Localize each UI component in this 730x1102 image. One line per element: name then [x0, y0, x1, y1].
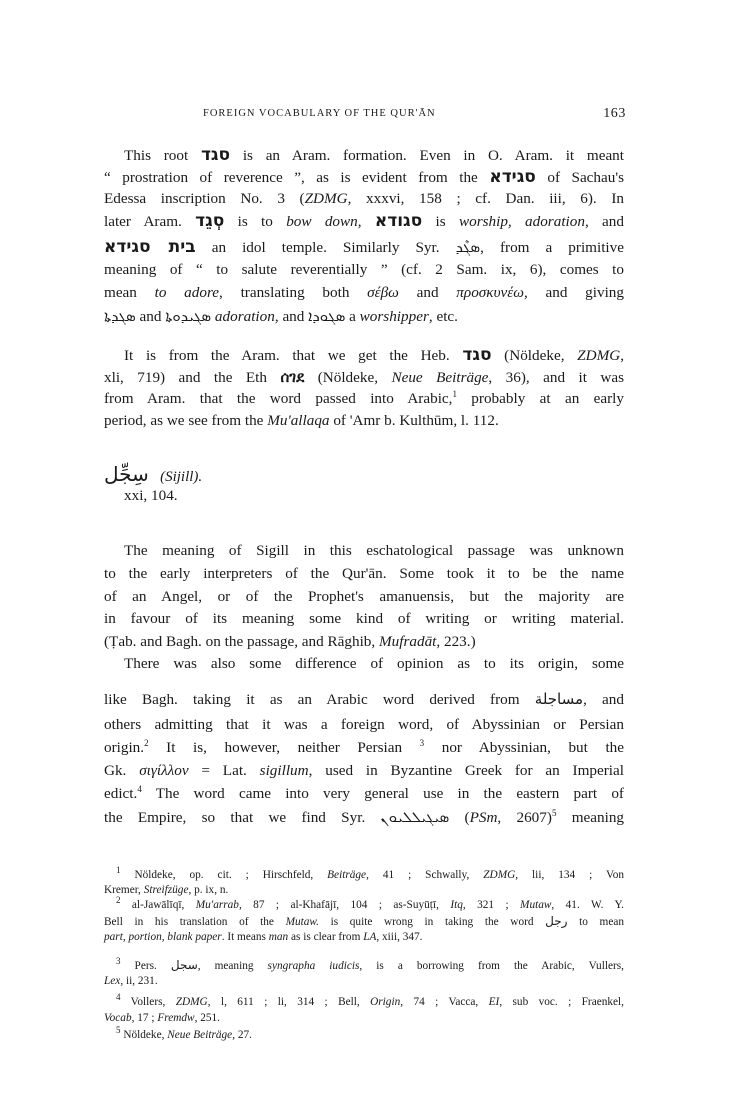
text: (Ṭab. and Bagh. on the passage, and Rāgh… [104, 633, 379, 650]
footnote-2-cont: Bell in his translation of the Mutaw. is… [104, 914, 624, 929]
hebrew-word: סגודא [375, 211, 422, 231]
text: , 223.) [436, 633, 475, 650]
text: like Bagh. taking it as an Arabic word d… [104, 691, 535, 708]
text: from Aram. that the word passed into Ara… [104, 390, 452, 407]
text: Gk. [104, 762, 139, 779]
citation-abbrev: Itq [450, 899, 463, 911]
text: a [345, 308, 359, 325]
body-line: origin.2 It is, however, neither Persian… [104, 739, 624, 757]
hebrew-word: סגידא [489, 167, 536, 187]
text: This root [124, 147, 201, 164]
citation-title: Vocab [104, 1012, 132, 1024]
text: of 'Amr b. Kulthūm, l. 112. [330, 412, 499, 429]
text: , xiii, 347. [376, 931, 422, 943]
text: and [136, 308, 166, 325]
ethiopic-word: ሰገደ [280, 368, 304, 386]
body-line: period, as we see from the Mu'allaqa of … [104, 412, 624, 430]
syriac-word: ܣܓܝܕܘܬܐ [165, 307, 211, 325]
citation-abbrev: EI [489, 996, 500, 1008]
text: later Aram. [104, 213, 195, 230]
text: , p. ix, n. [188, 884, 228, 896]
footnote-1-cont: Kremer, Streifzüge, p. ix, n. [104, 883, 624, 897]
text: , translating both [219, 284, 367, 301]
body-line: This root סגד is an Aram. formation. Eve… [124, 146, 624, 165]
citation-title: Mutaw [520, 899, 551, 911]
body-line: later Aram. סְגֵד is to bow down, סגודא … [104, 212, 624, 231]
text: is quite wrong in taking the word [319, 916, 545, 928]
arabic-word: رجل [545, 914, 567, 928]
hebrew-phrase: בית סגידא [104, 237, 196, 257]
text: the Empire, so that we find Syr. [104, 809, 381, 826]
text: xli, 719) and the Eth [104, 369, 280, 386]
hebrew-word: סגד [462, 345, 491, 365]
text: , and giving [524, 284, 624, 301]
hebrew-word: סְגֵד [195, 211, 224, 231]
text: is an Aram. formation. Even in O. Aram. … [230, 147, 624, 164]
quran-reference: xxi, 104. [124, 487, 178, 505]
text: as is clear from [288, 931, 363, 943]
text: nor Abyssinian, but the [424, 739, 624, 756]
book-page: FOREIGN VOCABULARY OF THE QUR'ĀN 163 Thi… [0, 0, 730, 1102]
text: (Nöldeke, [492, 347, 578, 364]
citation-abbrev: LA [363, 931, 376, 943]
text: , [620, 347, 624, 364]
citation-abbrev: ZDMG [305, 190, 348, 207]
footnote-3-cont: Lex, ii, 231. [104, 974, 624, 988]
text: , used in Byzantine Greek for an Imperia… [309, 762, 624, 779]
body-line: in favour of its meaning some kind of wr… [104, 610, 624, 628]
text: , 321 ; [463, 899, 520, 911]
hebrew-word: סגד [201, 145, 230, 165]
arabic-word: سجل [171, 958, 198, 972]
footnote-4-cont: Vocab, 17 ; Fremdw, 251. [104, 1011, 624, 1025]
text: , 27. [232, 1029, 252, 1041]
text: , 87 ; al-Khafājī, 104 ; as-Suyūṭī, [239, 899, 450, 911]
text: (Nöldeke, [304, 369, 391, 386]
text: , 17 ; [132, 1012, 158, 1024]
text: , 251. [195, 1012, 220, 1024]
text: an idol temple. Similarly Syr. [196, 239, 456, 256]
body-line: It is from the Aram. that we get the Heb… [124, 346, 624, 365]
gloss: man [269, 931, 288, 943]
gloss: worship, adoration [459, 213, 585, 230]
text: is [422, 213, 459, 230]
text: and [399, 284, 456, 301]
syriac-word: ܣܓܘܕܐ [308, 307, 345, 325]
text: , and [275, 308, 308, 325]
arabic-word: مساجلة [535, 690, 583, 708]
text: , 74 ; Vacca, [400, 996, 488, 1008]
text: meaning of “ to salute reverentially ” (… [104, 261, 624, 278]
text: , ii, 231. [120, 975, 157, 987]
body-line: There was also some difference of opinio… [124, 655, 624, 673]
citation-title: Beiträge [327, 869, 366, 881]
text: , 2607) [497, 809, 552, 826]
text: of Sachau's [536, 169, 624, 186]
text: . It means [222, 931, 269, 943]
body-line: בית סגידא an idol temple. Similarly Syr.… [104, 238, 624, 257]
citation-title: Neue Beiträge [167, 1029, 232, 1041]
text: mean [104, 284, 155, 301]
gloss: to adore [155, 284, 219, 301]
latin-word: sigillum [260, 762, 309, 779]
text: , and [585, 213, 624, 230]
syriac-word: ܣܓܕܬܐ [104, 307, 136, 325]
running-header: FOREIGN VOCABULARY OF THE QUR'ĀN 163 [203, 106, 626, 126]
citation-abbrev: ZDMG [577, 347, 620, 364]
text: origin. [104, 739, 144, 756]
text: , and [583, 691, 624, 708]
footnote-2: 2 al-Jawālīqī, Mu'arrab, 87 ; al-Khafājī… [116, 898, 624, 912]
text: , l, 611 ; li, 314 ; Bell, [208, 996, 370, 1008]
text: , 41 ; Schwally, [366, 869, 483, 881]
text: , from a primitive [480, 239, 624, 256]
text: = Lat. [189, 762, 260, 779]
citation-title: Fremdw [157, 1012, 194, 1024]
text: It is from the Aram. that we get the Heb… [124, 347, 462, 364]
body-line: ܣܓܕܬܐ and ܣܓܝܕܘܬܐ adoration, and ܣܓܘܕܐ a… [104, 307, 624, 326]
text: of an Angel, or of the Prophet's amanuen… [104, 588, 624, 605]
text: Edessa inscription No. 3 ( [104, 190, 305, 207]
text: , is a borrowing from the Arabic, Vuller… [359, 960, 624, 972]
text: The meaning of Sigill in this eschatolog… [124, 542, 624, 559]
gloss: part, portion, blank paper [104, 931, 222, 943]
body-line: The meaning of Sigill in this eschatolog… [124, 542, 624, 560]
text: is to [224, 213, 286, 230]
body-line: meaning of “ to salute reverentially ” (… [104, 261, 624, 279]
footnote-1: 1 Nöldeke, op. cit. ; Hirschfeld, Beiträ… [116, 868, 624, 882]
text: , 41. W. Y. [551, 899, 624, 911]
greek-word: σέβω [367, 284, 399, 301]
citation-title: Mutaw. [286, 916, 319, 928]
body-line: others admitting that it was a foreign w… [104, 716, 624, 734]
text: Nöldeke, op. cit. ; Hirschfeld, [121, 869, 328, 881]
greek-word: σιγίλλον [139, 762, 188, 779]
text: Vollers, [121, 996, 176, 1008]
body-line: xli, 719) and the Eth ሰገደ (Nöldeke, Neue… [104, 368, 624, 387]
text: Pers. [121, 960, 171, 972]
body-line: (Ṭab. and Bagh. on the passage, and Rāgh… [104, 633, 624, 651]
citation-title: Neue Beiträge [391, 369, 488, 386]
citation-title: Streifzüge [144, 884, 189, 896]
text: ( [449, 809, 469, 826]
text: probably at an early [457, 390, 624, 407]
text: in favour of its meaning some kind of wr… [104, 610, 624, 627]
body-line: of an Angel, or of the Prophet's amanuen… [104, 588, 624, 606]
body-line: Gk. σιγίλλον = Lat. sigillum, used in By… [104, 762, 624, 780]
text: , 36), and it was [488, 369, 624, 386]
text: There was also some difference of opinio… [124, 655, 624, 672]
text: , sub voc. ; Fraenkel, [499, 996, 624, 1008]
text: Bell in his translation of the [104, 916, 286, 928]
page-number: 163 [603, 106, 626, 122]
syriac-word: ܣܓܶܕ [456, 238, 481, 256]
text: to mean [567, 916, 624, 928]
citation-abbrev: ZDMG [176, 996, 208, 1008]
greek-word: προσκυνέω [456, 284, 524, 301]
arabic-headword: سِجِّل [104, 462, 149, 486]
citation-abbrev: ZDMG [483, 869, 515, 881]
running-title: FOREIGN VOCABULARY OF THE QUR'ĀN [203, 108, 436, 119]
text: Kremer, [104, 884, 144, 896]
footnote-3: 3 Pers. سجل, meaning syngrapha iudicis, … [116, 958, 624, 973]
text: It is, however, neither Persian [149, 739, 420, 756]
gloss: bow down [286, 213, 358, 230]
text: edict. [104, 785, 137, 802]
citation-title: Mu'allaqa [267, 412, 329, 429]
text: to the early interpreters of the Qur'ān.… [104, 565, 624, 582]
text: period, as we see from the [104, 412, 267, 429]
text: , etc. [429, 308, 458, 325]
body-line: Edessa inscription No. 3 (ZDMG, xxxvi, 1… [104, 190, 624, 208]
body-line: from Aram. that the word passed into Ara… [104, 390, 624, 408]
text: , meaning [198, 960, 268, 972]
text: meaning [556, 809, 624, 826]
text: Nöldeke, [121, 1029, 168, 1041]
body-line: like Bagh. taking it as an Arabic word d… [104, 690, 624, 709]
gloss: worshipper [360, 308, 429, 325]
citation-title: Origin [370, 996, 400, 1008]
text: al-Jawālīqī, [121, 899, 196, 911]
text: , xxxvi, 158 ; cf. Dan. iii, 6). In [348, 190, 624, 207]
text: , [358, 213, 375, 230]
footnote-5: 5 Nöldeke, Neue Beiträge, 27. [116, 1028, 624, 1042]
body-line: the Empire, so that we find Syr. ܣܝܓܝܠܠܝ… [104, 808, 624, 827]
syriac-word: ܣܝܓܝܠܠܝܘܢ [381, 808, 450, 826]
citation-title: Mu'arrab [196, 899, 239, 911]
body-line: mean to adore, translating both σέβω and… [104, 284, 624, 302]
footnote-4: 4 Vollers, ZDMG, l, 611 ; li, 314 ; Bell… [116, 995, 624, 1009]
text: “ prostration of reverence ”, as is evid… [104, 169, 489, 186]
footnote-2-cont: part, portion, blank paper. It means man… [104, 930, 624, 944]
body-line: “ prostration of reverence ”, as is evid… [104, 168, 624, 187]
citation-abbrev: PSm [470, 809, 498, 826]
citation-title: Mufradāt [379, 633, 436, 650]
text: , lii, 134 ; Von [515, 869, 624, 881]
headword-transliteration: (Sijill). [160, 469, 202, 485]
gloss: adoration [215, 308, 275, 325]
body-line: edict.4 The word came into very general … [104, 785, 624, 803]
entry-heading: سِجِّل (Sijill). [104, 462, 202, 486]
text: others admitting that it was a foreign w… [104, 716, 624, 733]
body-line: to the early interpreters of the Qur'ān.… [104, 565, 624, 583]
text: The word came into very general use in t… [142, 785, 624, 802]
gloss: syngrapha iudicis [268, 960, 360, 972]
citation-title: Lex [104, 975, 120, 987]
